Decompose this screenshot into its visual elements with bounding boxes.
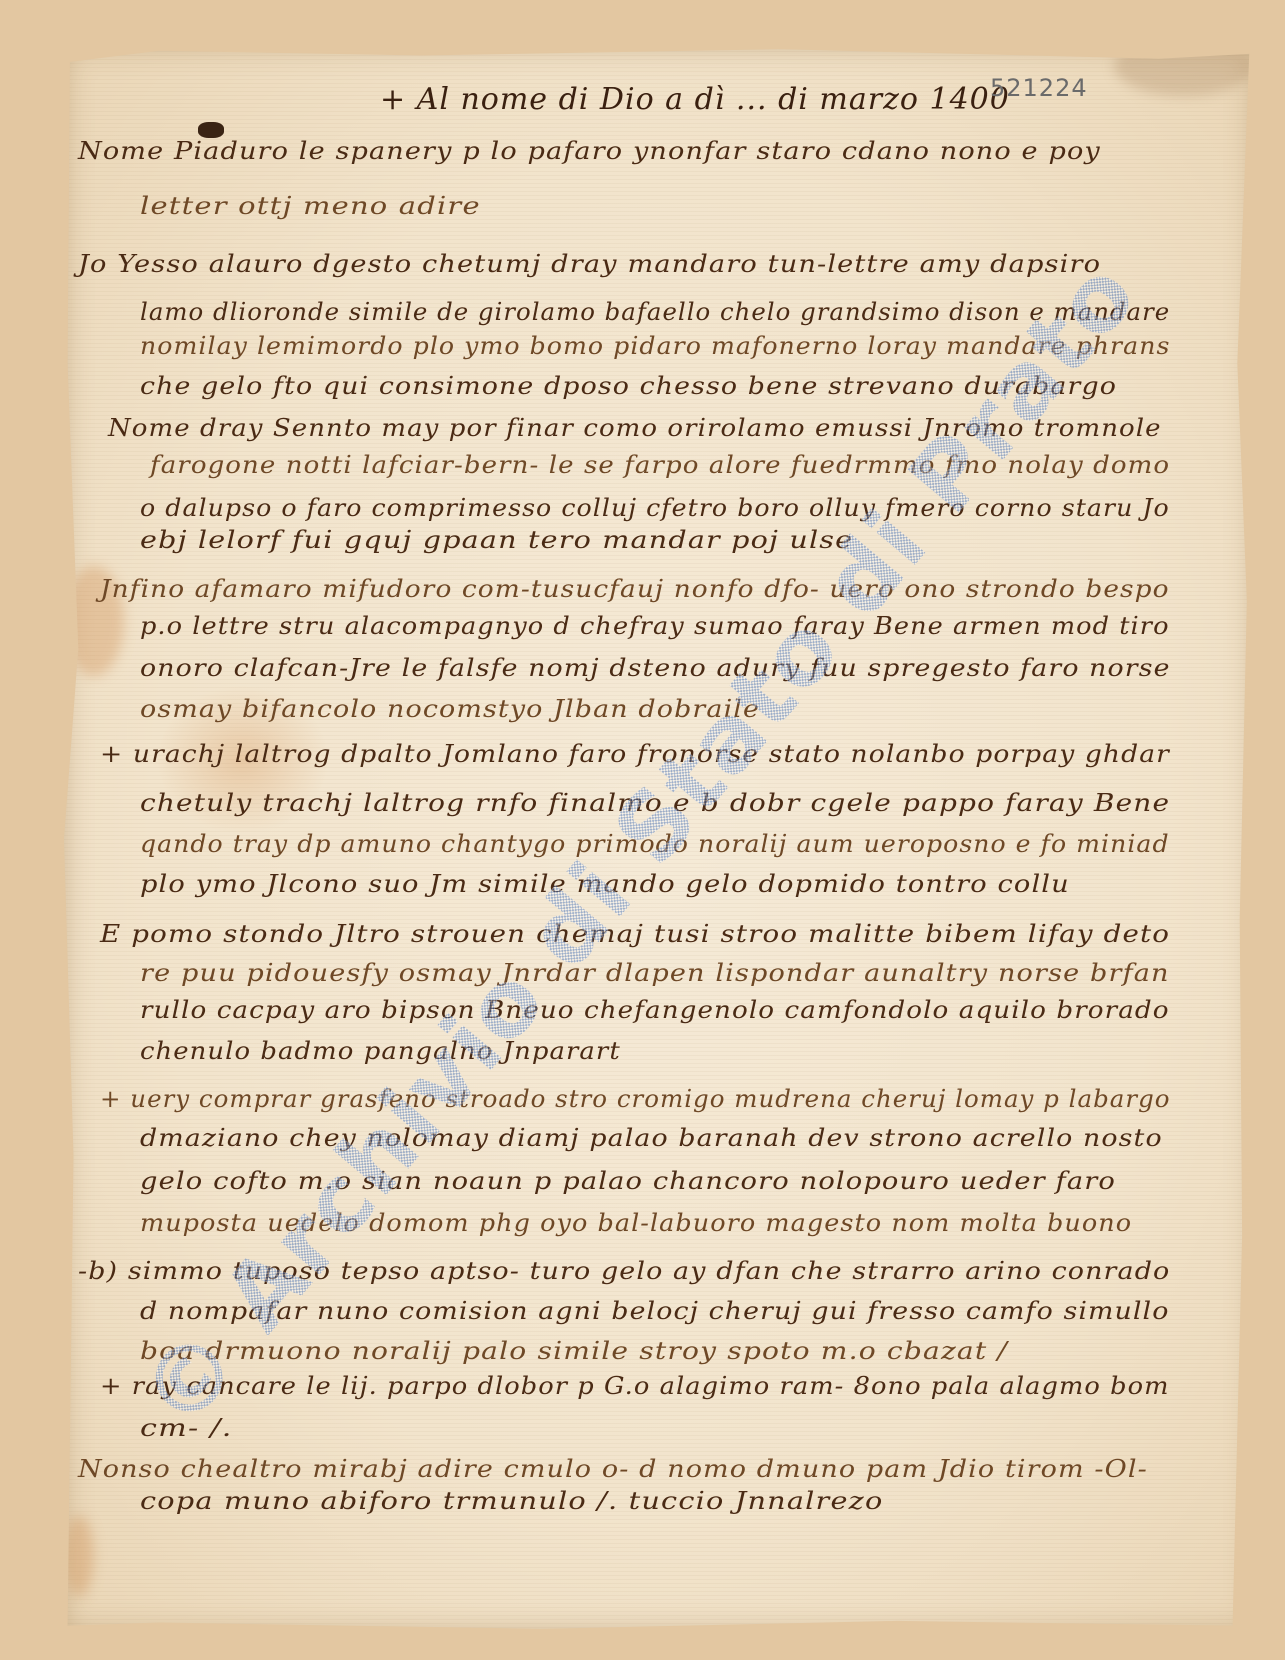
manuscript-line: onoro clafcan-Jre le falsfe nomj dsteno … — [140, 654, 1171, 682]
manuscript-line: re puu pidouesfy osmay Jnrdar dlapen lis… — [140, 959, 1170, 987]
edge-discoloration — [1114, 36, 1254, 96]
water-stain — [64, 1516, 94, 1596]
manuscript-line: Jnfino afamaro mifudoro com-tusucfauj no… — [100, 575, 1170, 603]
manuscript-line: Jo Yesso alauro dgesto chetumj dray mand… — [78, 250, 1101, 278]
manuscript-line: chenulo badmo pangalno Jnparart — [140, 1037, 621, 1065]
archive-number: 521224 — [990, 74, 1088, 102]
manuscript-line: osmay bifancolo nocomstyo Jlban dobraile — [140, 695, 760, 723]
manuscript-line: copa muno abiforo trmunulo /. tuccio Jnn… — [140, 1487, 883, 1515]
manuscript-line: + uery comprar grasfeno stroado stro cro… — [100, 1085, 1170, 1113]
manuscript-line: ebj lelorf fui gquj gpaan tero mandar po… — [140, 526, 853, 554]
manuscript-line: + urachj laltrog dpalto Jomlano faro fro… — [100, 740, 1170, 768]
manuscript-line: rullo cacpay aro bipson Bneuo chefangeno… — [140, 996, 1170, 1024]
ink-blot — [198, 122, 224, 138]
letter-heading: + Al nome di Dio a dì ... di marzo 1400 — [380, 82, 1010, 117]
manuscript-line: Nome Piaduro le spanery p lo pafaro ynon… — [78, 137, 1101, 165]
manuscript-line: o dalupso o faro comprimesso colluj cfet… — [140, 494, 1170, 522]
manuscript-line: dmaziano chey nolomay diamj palao barana… — [140, 1124, 1163, 1152]
manuscript-line: Nonso chealtro mirabj adire cmulo o- d n… — [78, 1455, 1148, 1483]
manuscript-line: letter ottj meno adire — [140, 192, 481, 220]
manuscript-line: p.o lettre stru alacompagnyo d chefray s… — [140, 612, 1170, 640]
